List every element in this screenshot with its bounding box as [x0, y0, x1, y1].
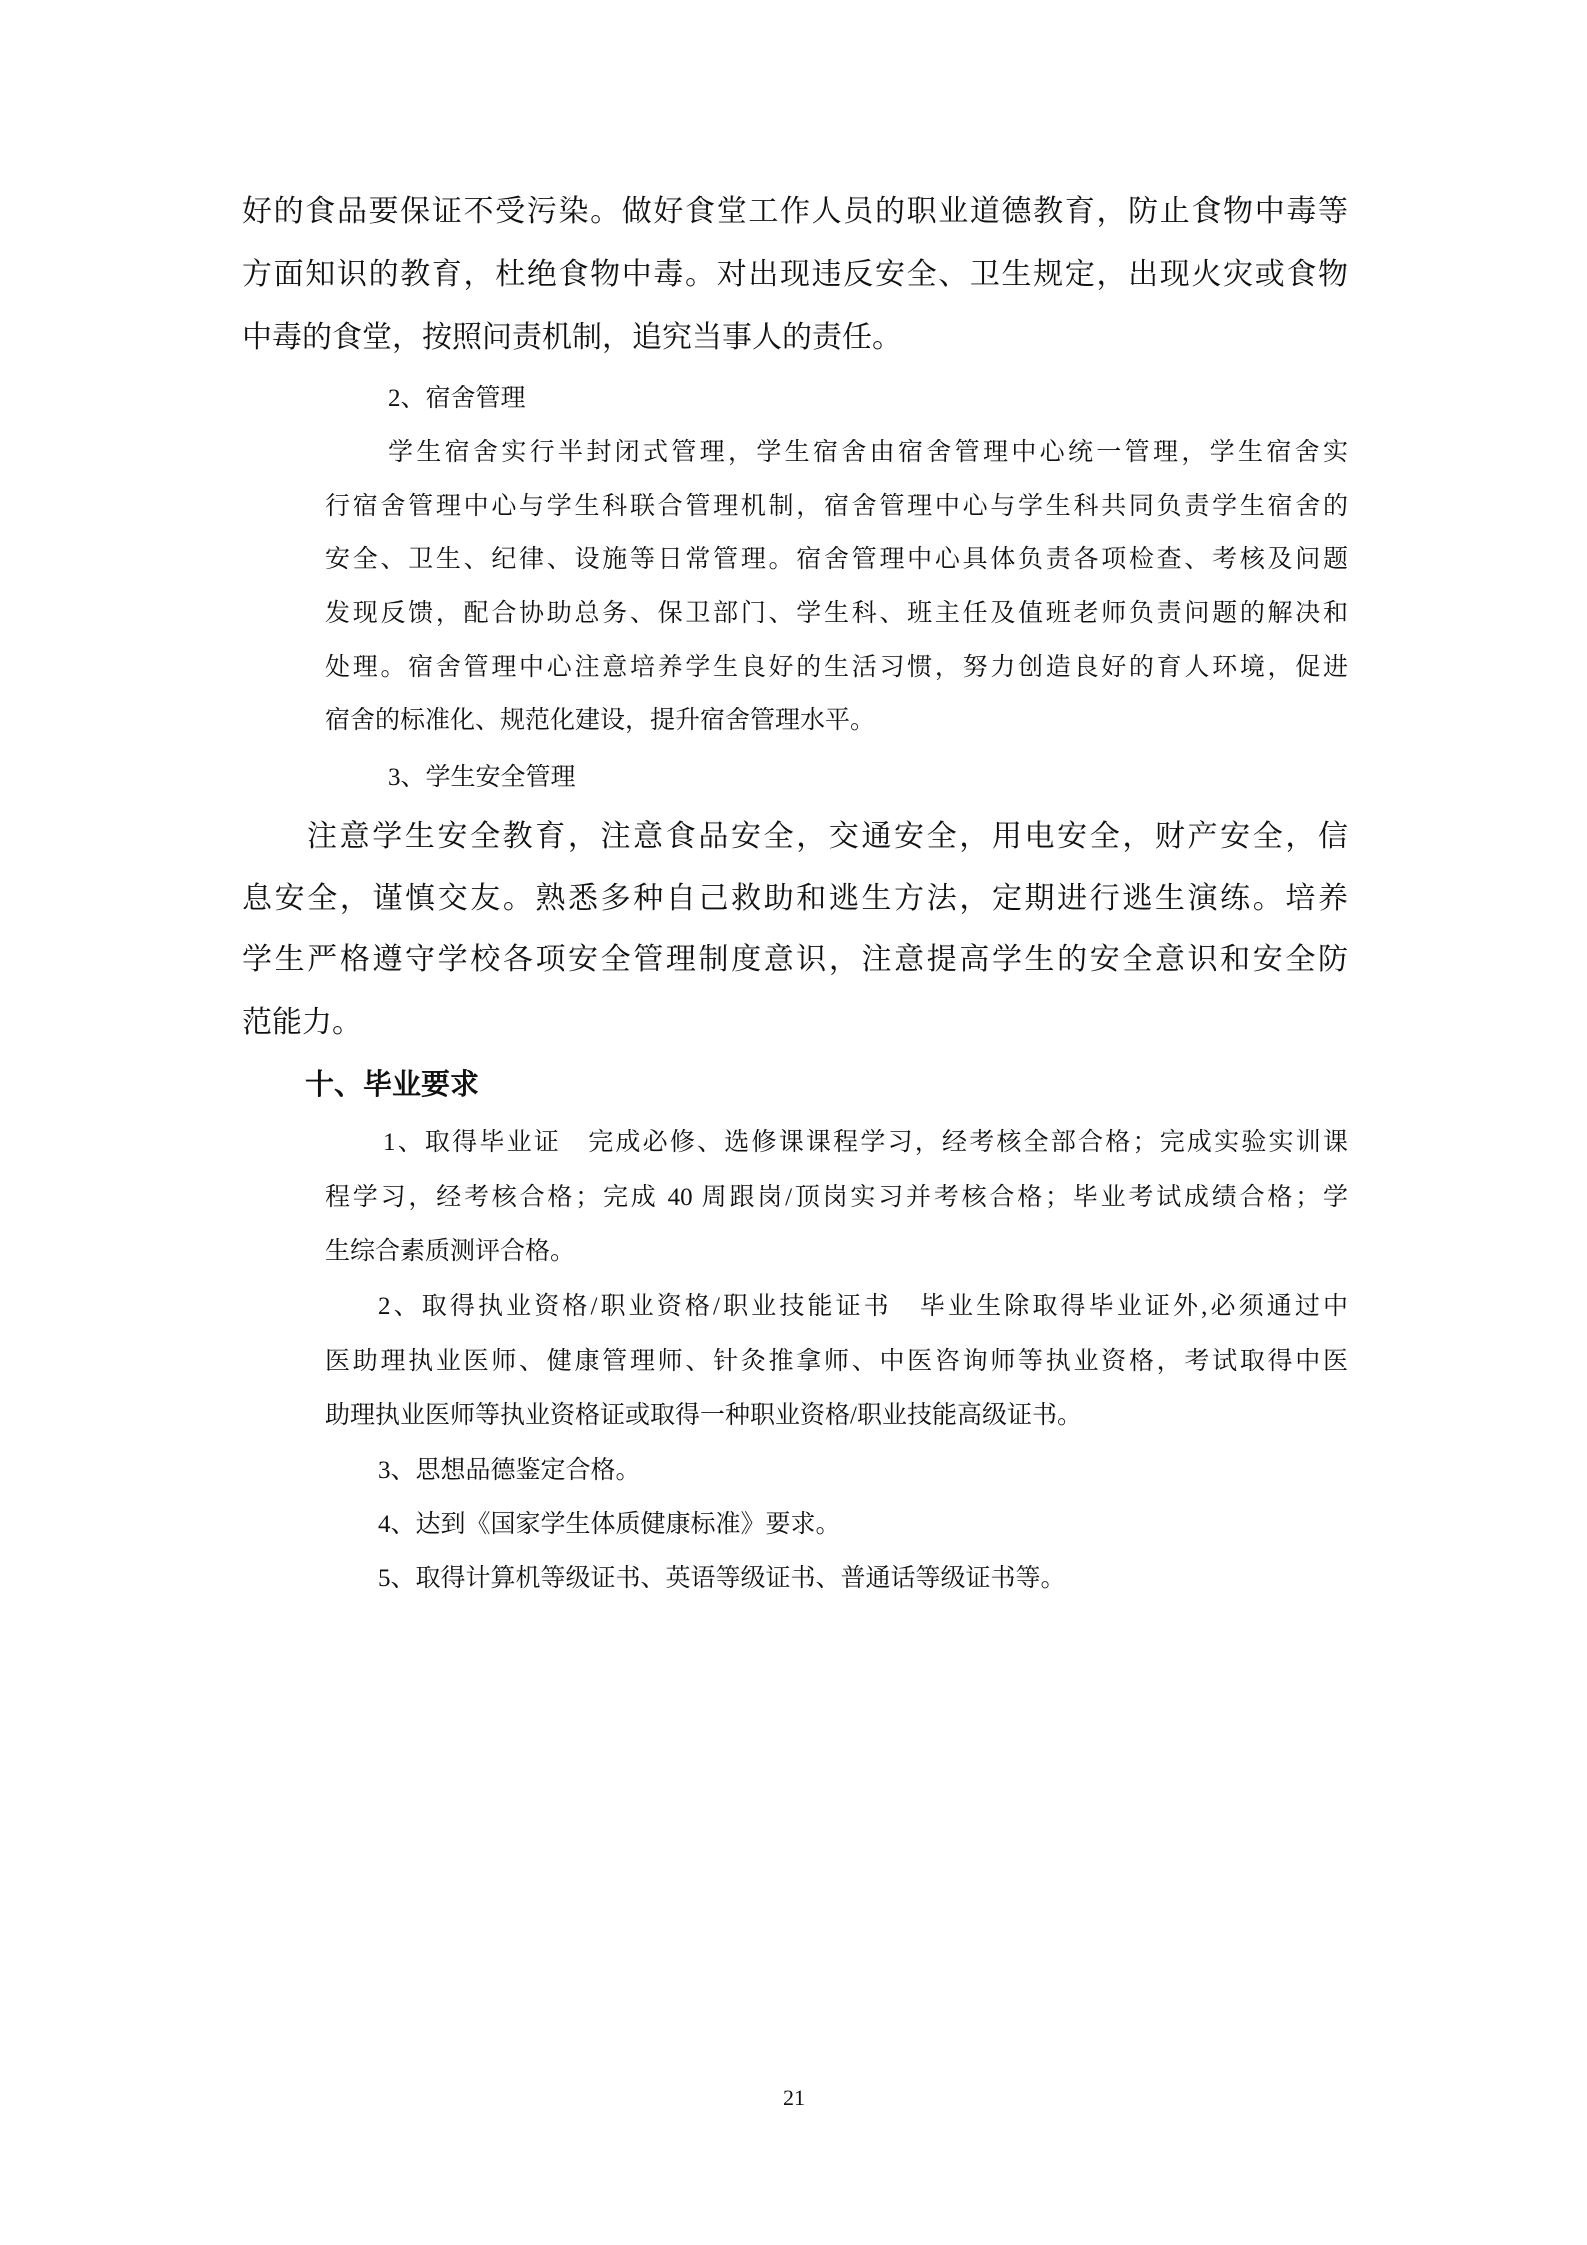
item-line: 生综合素质测评合格。 — [325, 1235, 575, 1269]
item-line: 1、取得毕业证 完成必修、选修课课程学习，经考核全部合格；完成实验实训课 — [383, 1126, 1348, 1160]
dormitory-heading: 2、宿舍管理 — [388, 382, 526, 416]
item-line: 3、思想品德鉴定合格。 — [378, 1454, 641, 1488]
paragraph-line: 范能力。 — [242, 1003, 362, 1043]
paragraph-line: 发现反馈，配合协助总务、保卫部门、学生科、班主任及值班老师负责问题的解决和 — [325, 597, 1348, 631]
item-line: 程学习，经考核合格；完成 40 周跟岗/顶岗实习并考核合格；毕业考试成绩合格；学 — [325, 1181, 1348, 1215]
item-line: 医助理执业医师、健康管理师、针灸推拿师、中医咨询师等执业资格，考试取得中医 — [325, 1345, 1348, 1379]
paragraph-line: 息安全，谨慎交友。熟悉多种自己救助和逃生方法，定期进行逃生演练。培养 — [242, 879, 1348, 919]
item-line: 4、达到《国家学生体质健康标准》要求。 — [378, 1508, 841, 1542]
paragraph-line: 中毒的食堂，按照问责机制，追究当事人的责任。 — [242, 318, 902, 358]
paragraph-line: 安全、卫生、纪律、设施等日常管理。宿舍管理中心具体负责各项检查、考核及问题 — [325, 543, 1348, 577]
paragraph-line: 学生严格遵守学校各项安全管理制度意识，注意提高学生的安全意识和安全防 — [242, 940, 1348, 980]
item-line: 助理执业医师等执业资格证或取得一种职业资格/职业技能高级证书。 — [325, 1399, 1082, 1433]
item-line: 5、取得计算机等级证书、英语等级证书、普通话等级证书等。 — [378, 1562, 1066, 1596]
page-number: 21 — [744, 2083, 844, 2113]
safety-heading: 3、学生安全管理 — [388, 761, 576, 795]
paragraph-line: 处理。宿舍管理中心注意培养学生良好的生活习惯，努力创造良好的育人环境，促进 — [325, 651, 1348, 685]
paragraph-line: 注意学生安全教育，注意食品安全，交通安全，用电安全，财产安全，信 — [307, 817, 1348, 857]
graduation-heading: 十、毕业要求 — [305, 1065, 479, 1105]
paragraph-line: 方面知识的教育，杜绝食物中毒。对出现违反安全、卫生规定，出现火灾或食物 — [242, 255, 1348, 295]
document-page: 好的食品要保证不受污染。做好食堂工作人员的职业道德教育，防止食物中毒等 方面知识… — [0, 0, 1587, 2245]
item-line: 2、取得执业资格/职业资格/职业技能证书 毕业生除取得毕业证外,必须通过中 — [378, 1290, 1348, 1324]
paragraph-line: 学生宿舍实行半封闭式管理，学生宿舍由宿舍管理中心统一管理，学生宿舍实 — [388, 436, 1348, 470]
paragraph-line: 行宿舍管理中心与学生科联合管理机制，宿舍管理中心与学生科共同负责学生宿舍的 — [325, 490, 1348, 524]
paragraph-line: 好的食品要保证不受污染。做好食堂工作人员的职业道德教育，防止食物中毒等 — [242, 192, 1348, 232]
paragraph-line: 宿舍的标准化、规范化建设，提升宿舍管理水平。 — [325, 704, 875, 738]
